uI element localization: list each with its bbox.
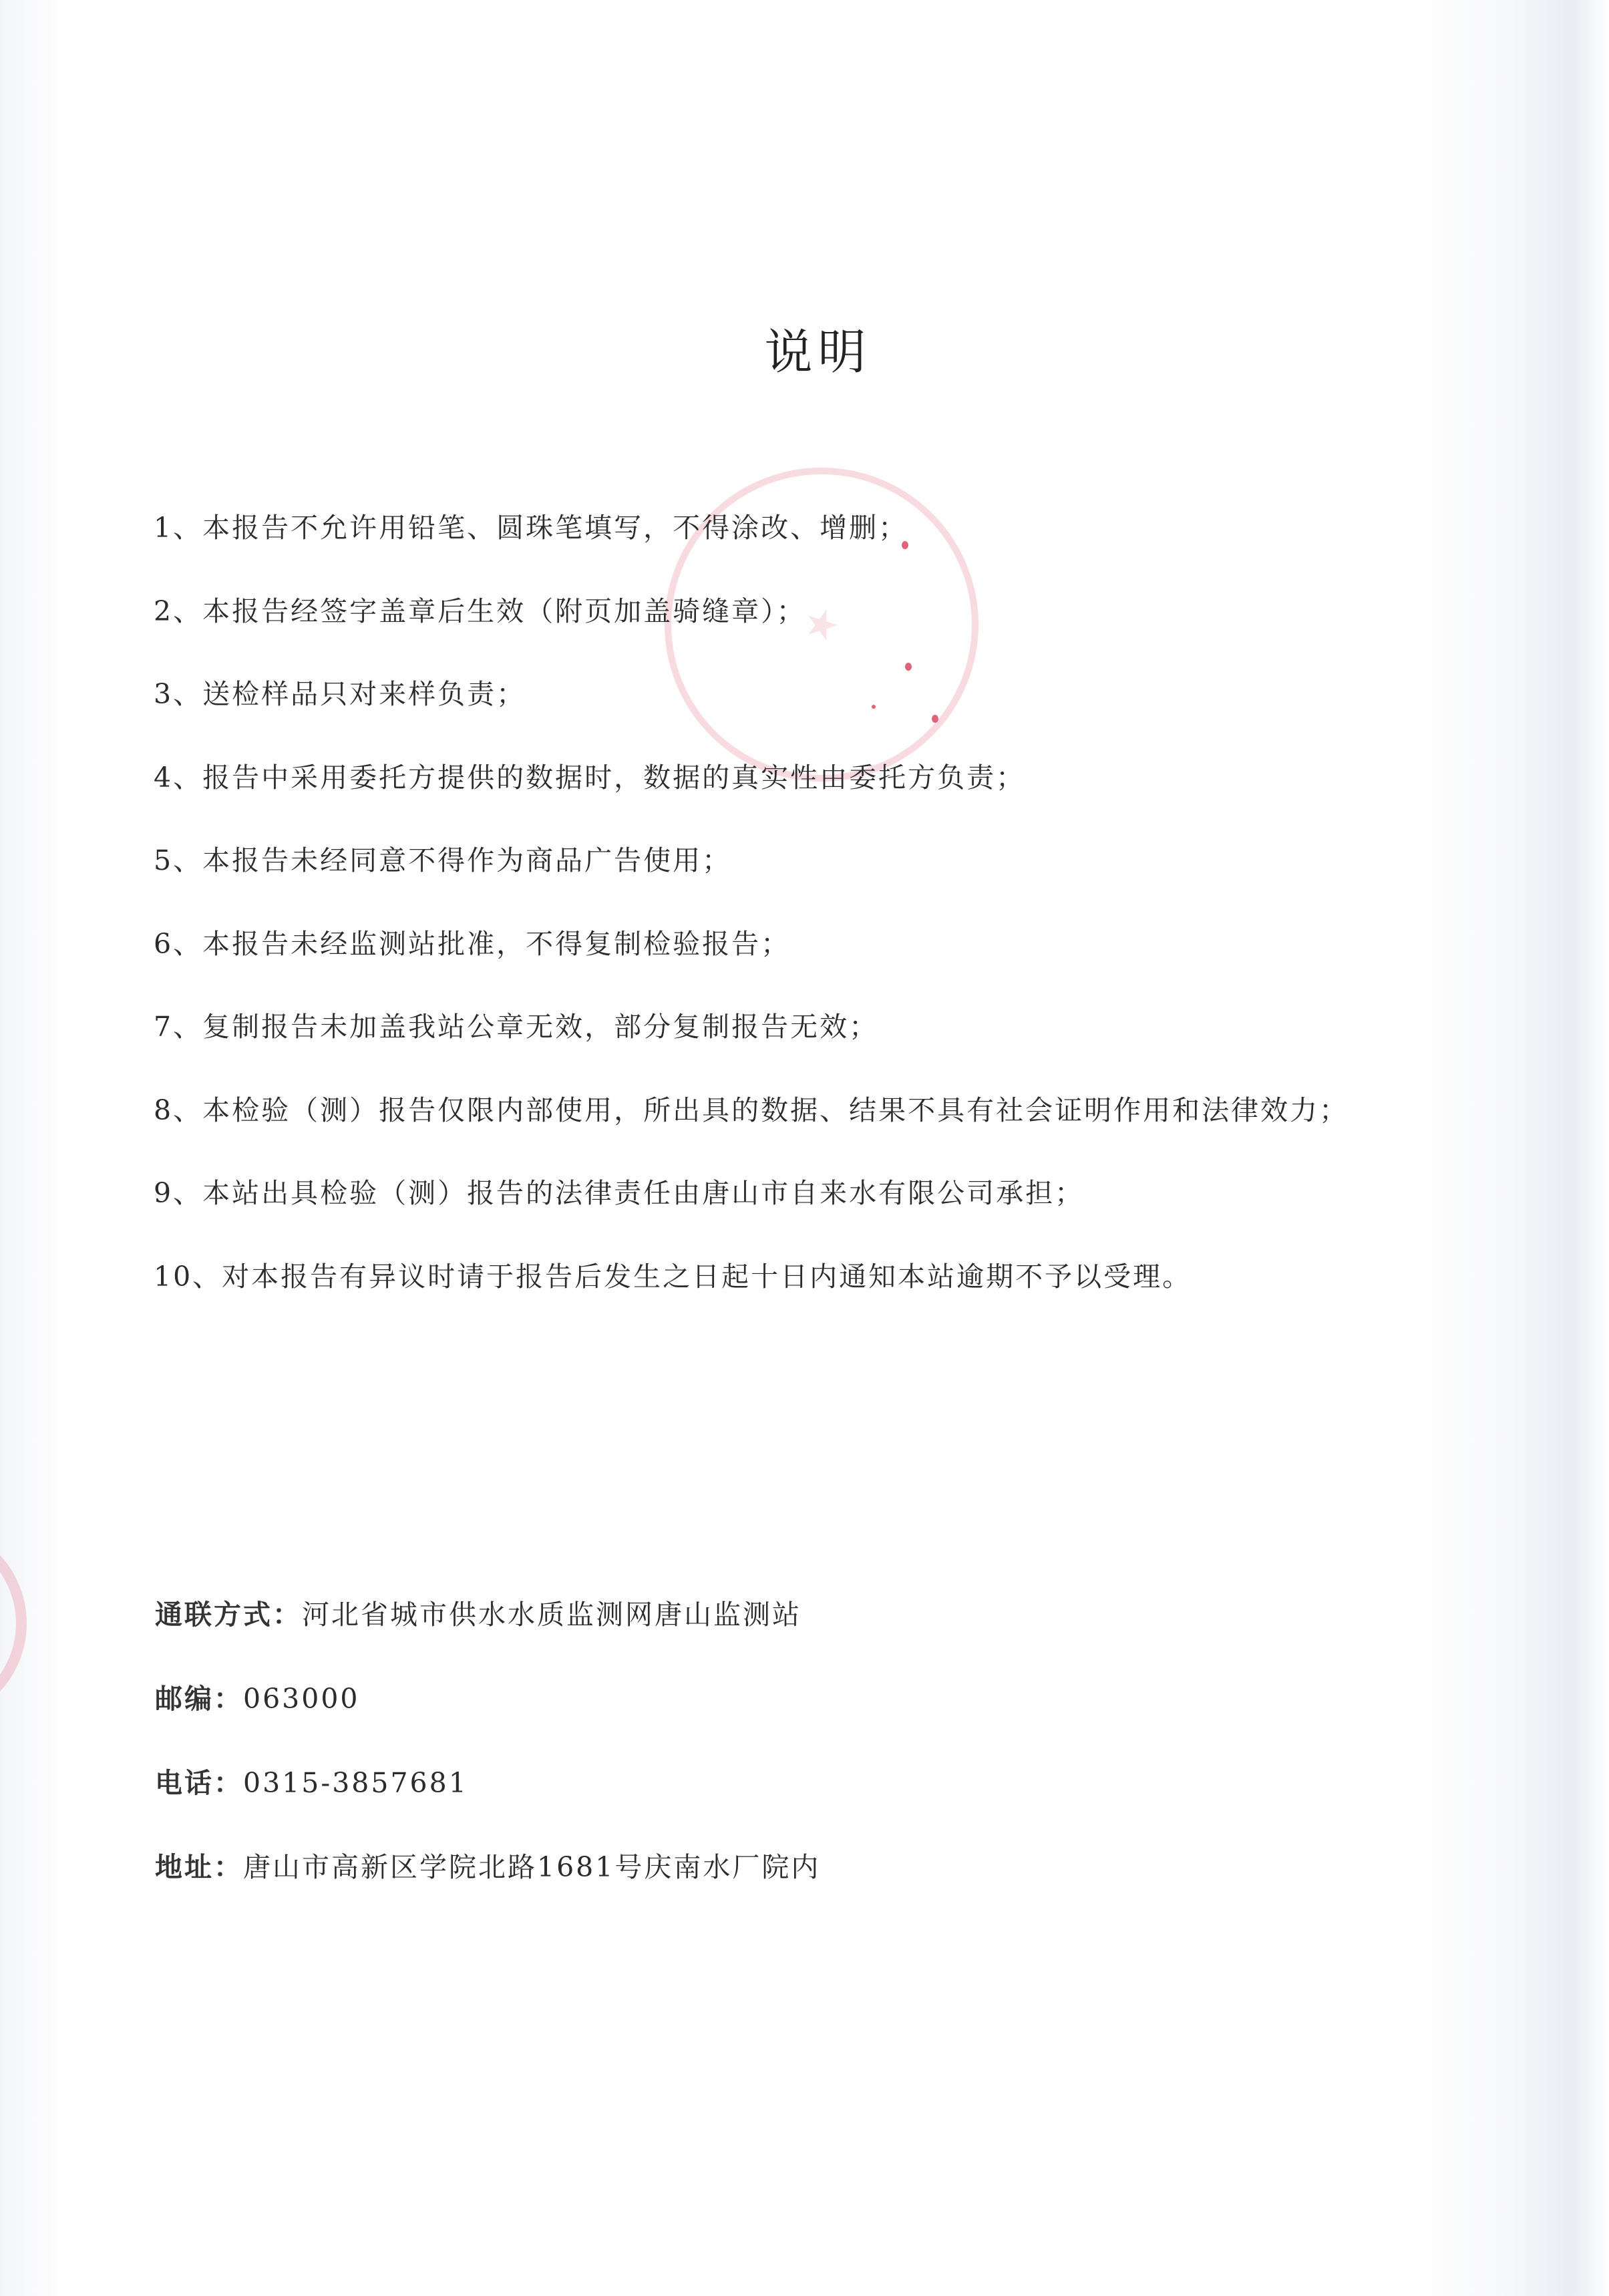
note-item: 7、复制报告未加盖我站公章无效，部分复制报告无效；: [154, 1005, 1349, 1089]
partial-seal-stamp-left: [0, 1523, 27, 1724]
note-item: 3、送检样品只对来样负责；: [154, 673, 1349, 756]
contact-phone-value: 0315-3857681: [243, 1767, 468, 1799]
contact-block: 通联方式：河北省城市供水水质监测网唐山监测站 邮编：063000 电话：0315…: [155, 1593, 820, 1930]
contact-organization: 通联方式：河北省城市供水水质监测网唐山监测站: [155, 1593, 820, 1677]
page-title: 说明: [0, 322, 1609, 382]
note-item: 9、本站出具检验（测）报告的法律责任由唐山市自来水有限公司承担；: [154, 1172, 1349, 1255]
contact-phone-label: 电话：: [155, 1767, 243, 1799]
contact-phone: 电话：0315-3857681: [155, 1762, 820, 1846]
note-item: 1、本报告不允许用铅笔、圆珠笔填写，不得涂改、增删；: [154, 506, 1349, 590]
note-item: 4、报告中采用委托方提供的数据时，数据的真实性由委托方负责；: [154, 756, 1349, 840]
contact-address: 地址：唐山市高新区学院北路1681号庆南水厂院内: [155, 1846, 820, 1930]
note-item: 6、本报告未经监测站批准，不得复制检验报告；: [154, 923, 1349, 1006]
note-item: 10、对本报告有异议时请于报告后发生之日起十日内通知本站逾期不予以受理。: [154, 1255, 1349, 1339]
contact-postcode: 邮编：063000: [155, 1677, 820, 1762]
contact-postcode-label: 邮编：: [155, 1683, 243, 1715]
contact-address-label: 地址：: [155, 1851, 243, 1883]
note-item: 2、本报告经签字盖章后生效（附页加盖骑缝章）；: [154, 590, 1349, 673]
notes-list: 1、本报告不允许用铅笔、圆珠笔填写，不得涂改、增删； 2、本报告经签字盖章后生效…: [154, 506, 1349, 1338]
contact-organization-label: 通联方式：: [155, 1599, 302, 1631]
note-item: 5、本报告未经同意不得作为商品广告使用；: [154, 839, 1349, 923]
note-item: 8、本检验（测）报告仅限内部使用，所出具的数据、结果不具有社会证明作用和法律效力…: [154, 1089, 1349, 1172]
contact-address-value: 唐山市高新区学院北路1681号庆南水厂院内: [243, 1851, 820, 1883]
document-page: ★ 说明 1、本报告不允许用铅笔、圆珠笔填写，不得涂改、增删； 2、本报告经签字…: [0, 0, 1609, 2296]
contact-postcode-value: 063000: [243, 1683, 360, 1715]
contact-organization-value: 河北省城市供水水质监测网唐山监测站: [302, 1599, 801, 1631]
